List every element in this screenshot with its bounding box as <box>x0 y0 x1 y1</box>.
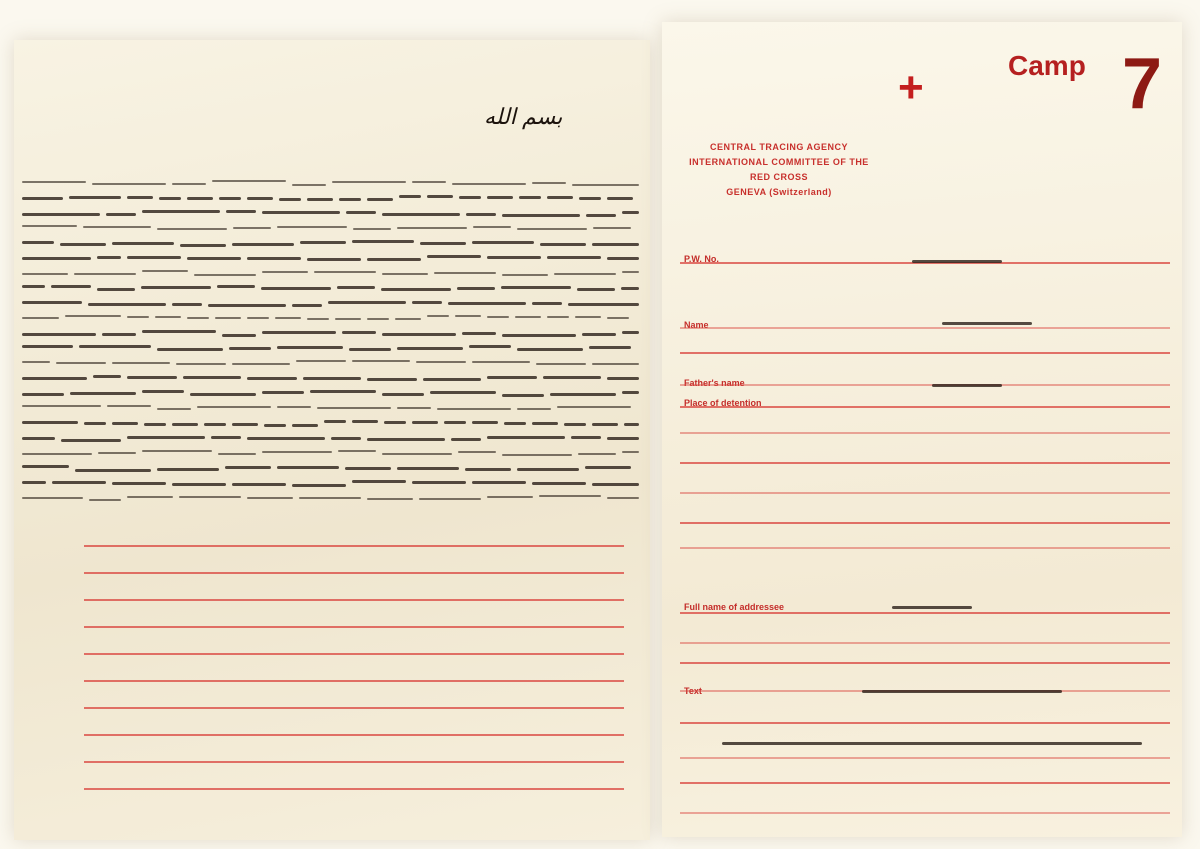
organization-header: CENTRAL TRACING AGENCYINTERNATIONAL COMM… <box>684 140 874 200</box>
red-cross-form: + Camp 7 CENTRAL TRACING AGENCYINTERNATI… <box>662 22 1182 837</box>
camp-label: Camp <box>1008 50 1086 82</box>
letter-heading: بسم الله <box>484 104 562 130</box>
field-addressee: Full name of addressee <box>684 602 784 612</box>
red-cross-icon: + <box>898 66 924 110</box>
field-fathers-name: Father's name <box>684 378 745 388</box>
handwritten-letter: بسم الله <box>14 40 650 840</box>
camp-number: 7 <box>1122 44 1162 124</box>
